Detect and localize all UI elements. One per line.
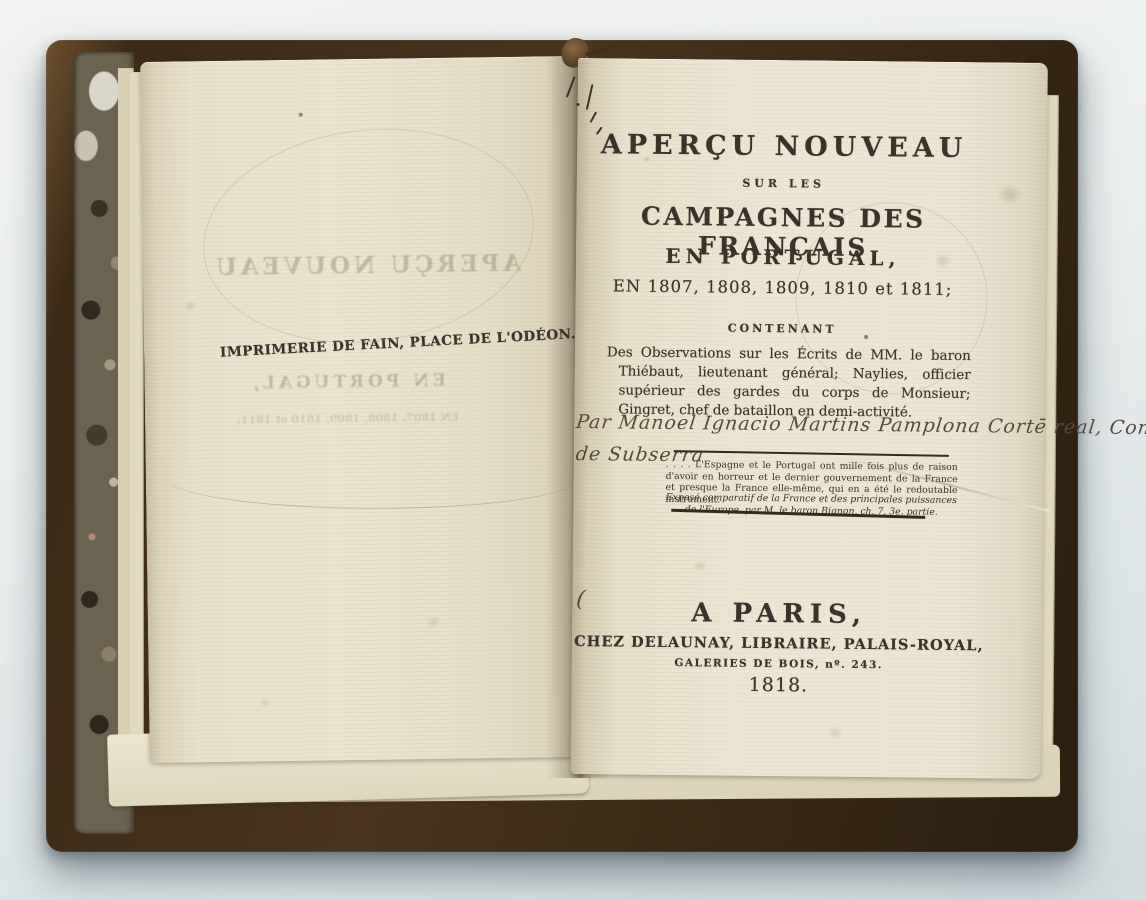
section-word: CONTENANT [575, 320, 989, 337]
showthrough-line2: EN PORTUGAL, [144, 369, 550, 395]
years-line: EN 1807, 1808, 1809, 1810 et 1811; [576, 276, 990, 299]
title-line-3: EN PORTUGAL, [576, 243, 990, 271]
imprint-publisher: CHEZ DELAUNAY, LIBRAIRE, PALAIS-ROYAL, [572, 633, 986, 654]
foxing-spot [426, 615, 442, 629]
title-line-1: APERÇU NOUVEAU [577, 129, 991, 164]
speck [299, 113, 303, 117]
title-overline: SUR LES [577, 175, 991, 192]
handwritten-attribution-line1: Par Manoel Ignacio Martins Pamplona Cort… [575, 411, 1146, 439]
photo-of-antique-book: APERÇU NOUVEAU EN PORTUGAL, EN 1807, 180… [0, 0, 1146, 900]
left-page: APERÇU NOUVEAU EN PORTUGAL, EN 1807, 180… [140, 56, 598, 763]
epigraph-top-rule [674, 450, 949, 456]
imprint-address: GALERIES DE BOIS, nº. 243. [572, 656, 986, 672]
pen-scratch [586, 84, 594, 110]
foxing-spot [693, 560, 707, 572]
imprint-year: 1818. [571, 672, 985, 698]
pen-dot [576, 103, 579, 106]
title-page: APERÇU NOUVEAU SUR LES CAMPAGNES DES FRA… [571, 58, 1048, 779]
pen-scratch [590, 111, 598, 122]
foxing-spot [183, 300, 197, 312]
foxing-spot [259, 697, 271, 707]
showthrough-line3: EN 1807, 1808, 1809, 1810 et 1811; [145, 409, 551, 428]
foxing-spot [996, 183, 1022, 205]
printer-imprint: IMPRIMERIE DE FAIN, PLACE DE L'ODÉON. [204, 325, 592, 361]
showthrough-title: APERÇU NOUVEAU [143, 249, 591, 282]
emboss-crease [191, 111, 546, 361]
fold-crease [166, 447, 576, 509]
imprint-city: A PARIS, [572, 597, 986, 631]
foxing-spot [826, 726, 844, 740]
